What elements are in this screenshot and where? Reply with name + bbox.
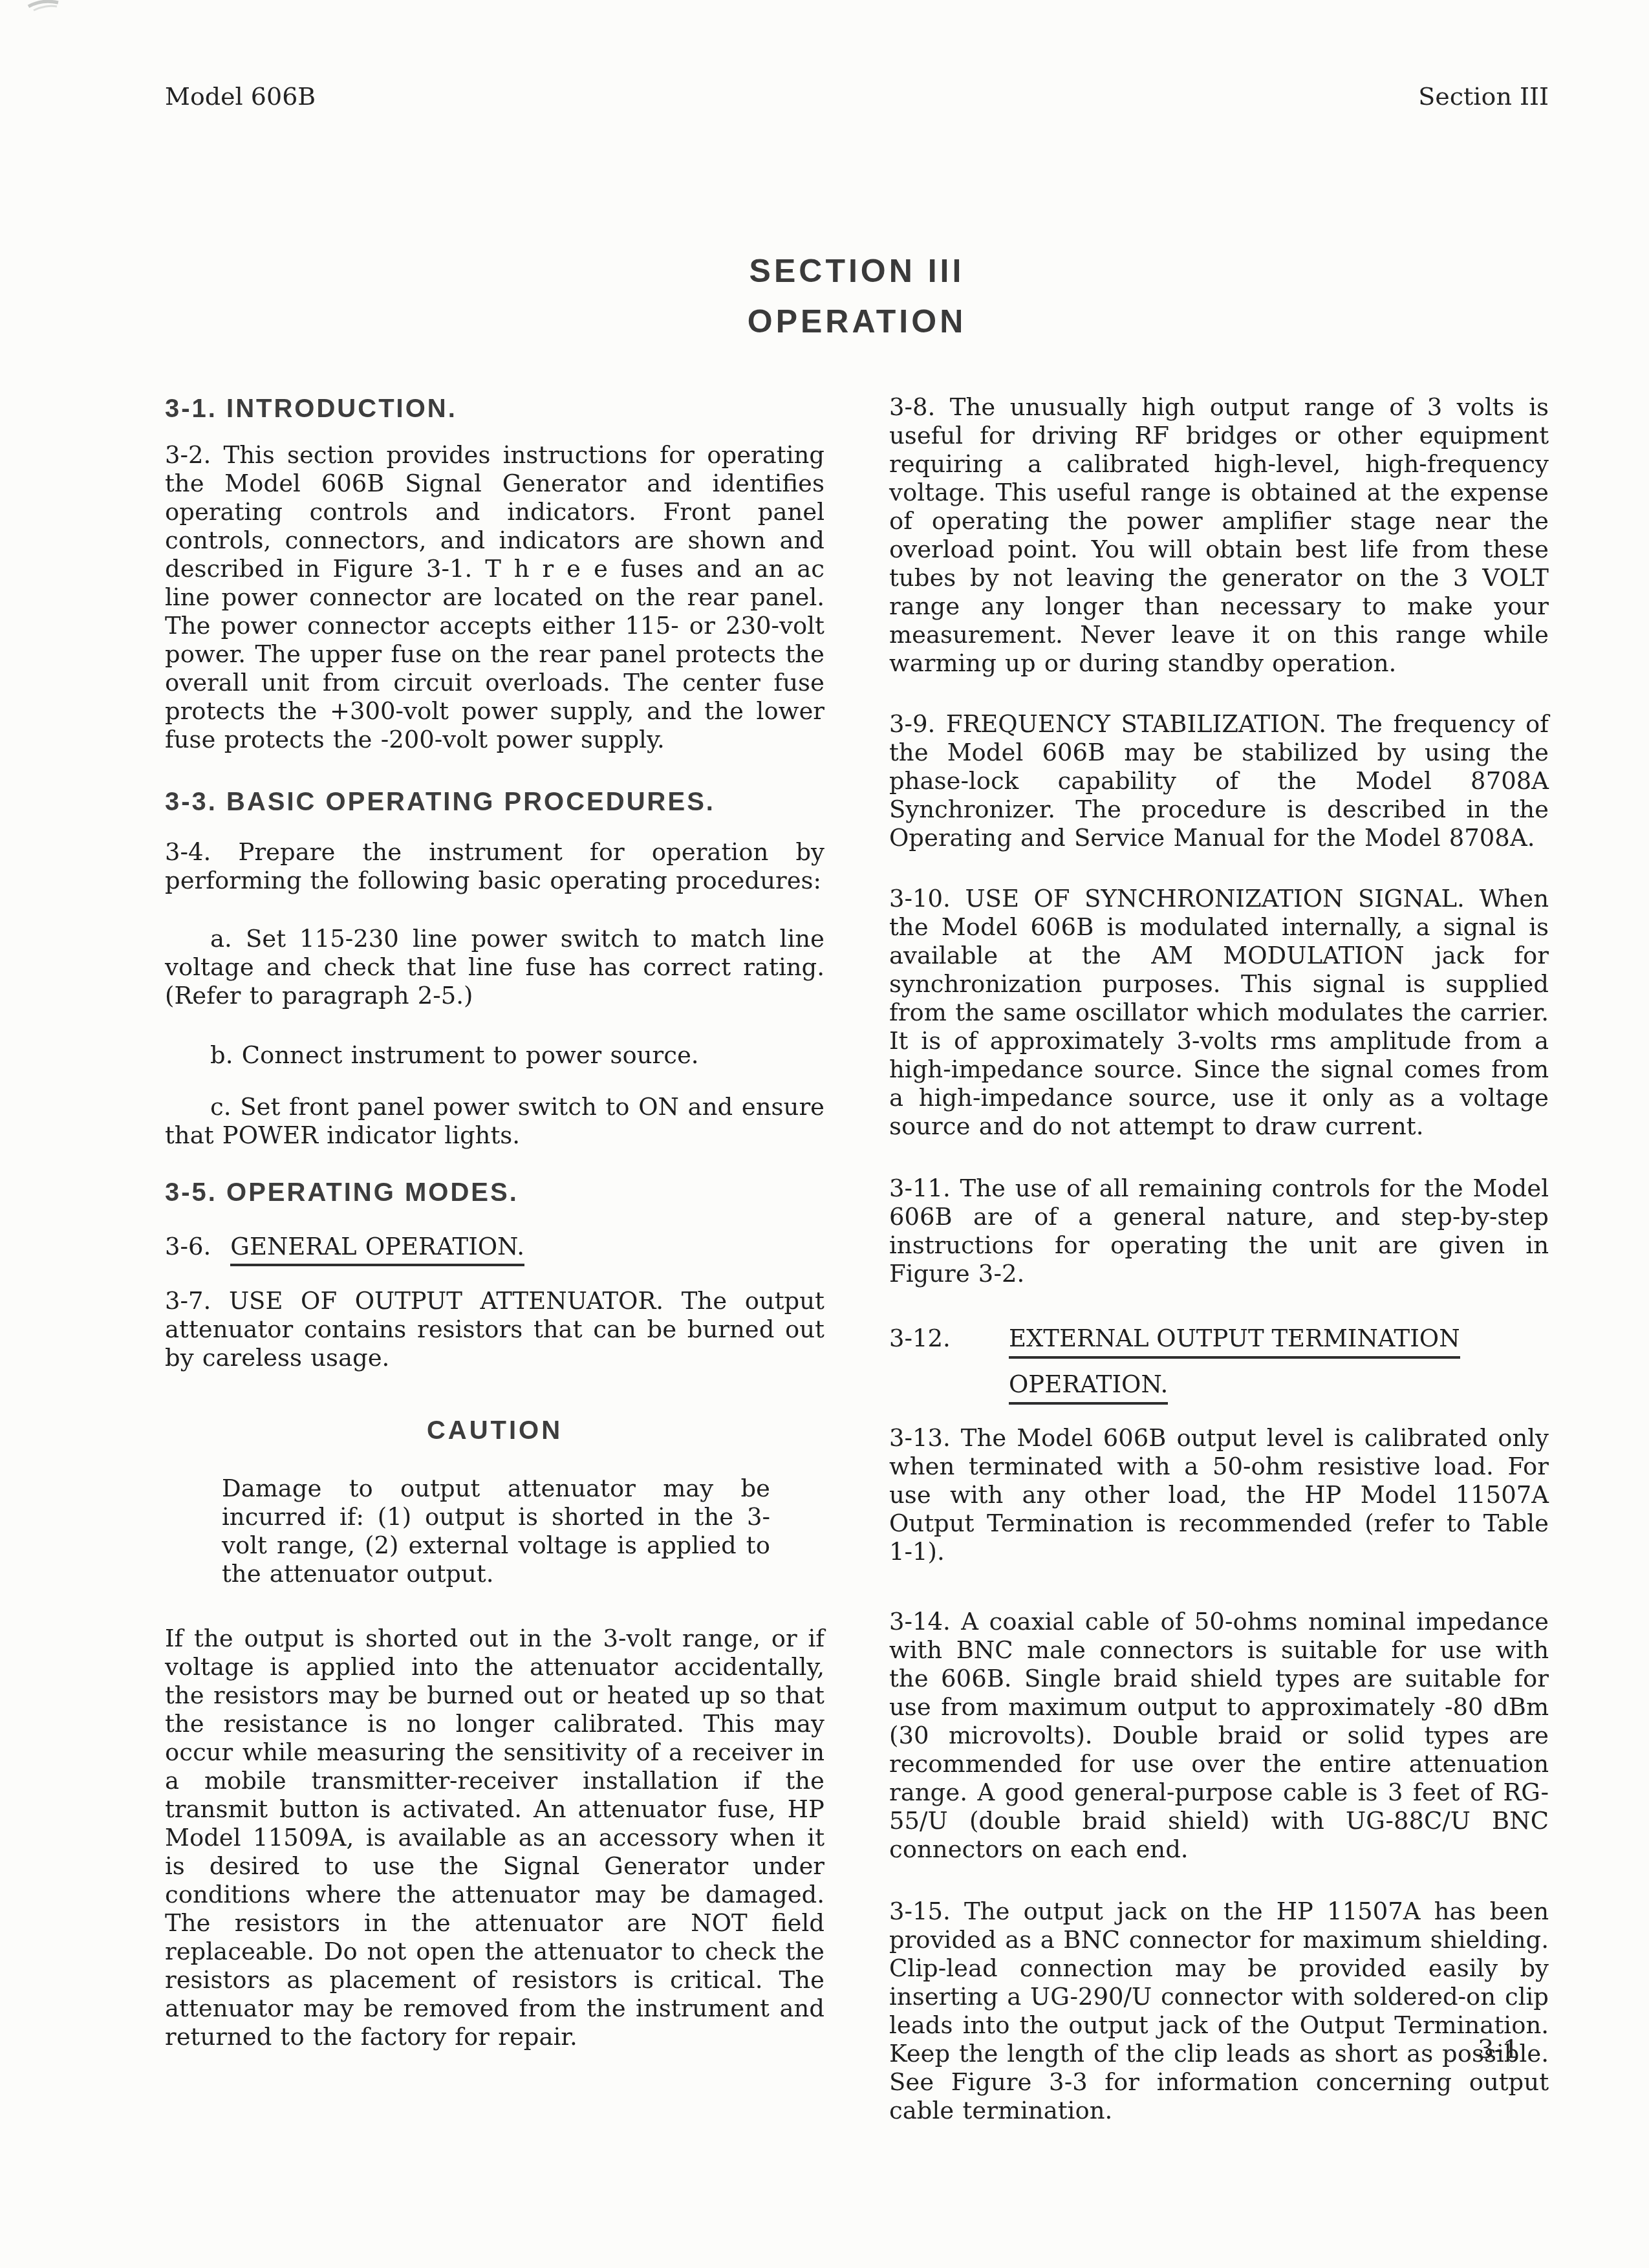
left-column: 3-1. INTRODUCTION. 3-2. This section pro… bbox=[165, 393, 824, 2051]
para-3-4-step-c: c. Set front panel power switch to ON an… bbox=[165, 1093, 824, 1150]
para-3-10: 3-10. USE OF SYNCHRONIZATION SIGNAL. Whe… bbox=[889, 885, 1549, 1141]
right-column: 3-8. The unusually high output range of … bbox=[889, 393, 1549, 2125]
page-number: 3-1 bbox=[1478, 2035, 1519, 2064]
para-3-12: 3-12. EXTERNAL OUTPUT TERMINATION OPERAT… bbox=[889, 1324, 1549, 1405]
para-3-15: 3-15. The output jack on the HP 11507A h… bbox=[889, 1897, 1549, 2125]
para-3-6: 3-6.GENERAL OPERATION. bbox=[165, 1233, 824, 1261]
section-title-line2: OPERATION bbox=[165, 296, 1549, 347]
para-3-12-heading: EXTERNAL OUTPUT TERMINATION OPERATION. bbox=[1009, 1324, 1460, 1405]
heading-operating-modes: 3-5. OPERATING MODES. bbox=[165, 1177, 824, 1208]
para-3-12-line2: OPERATION. bbox=[1009, 1370, 1168, 1405]
para-3-12-line1: EXTERNAL OUTPUT TERMINATION bbox=[1009, 1324, 1460, 1359]
para-3-11: 3-11. The use of all remaining controls … bbox=[889, 1174, 1549, 1288]
heading-basic-operating-procedures: 3-3. BASIC OPERATING PROCEDURES. bbox=[165, 786, 824, 817]
section-title-line1: SECTION III bbox=[165, 246, 1549, 296]
header-section-label: Section III bbox=[1418, 81, 1549, 111]
scan-artifact-mark bbox=[25, 0, 109, 26]
para-3-12-number: 3-12. bbox=[889, 1324, 1009, 1405]
caution-heading: CAUTION bbox=[165, 1415, 824, 1446]
para-3-13: 3-13. The Model 606B output level is cal… bbox=[889, 1424, 1549, 1566]
para-3-4-step-b: b. Connect instrument to power source. bbox=[165, 1041, 824, 1070]
para-attenuator-warning: If the output is shorted out in the 3-vo… bbox=[165, 1625, 824, 2051]
heading-introduction: 3-1. INTRODUCTION. bbox=[165, 393, 824, 424]
para-3-8: 3-8. The unusually high output range of … bbox=[889, 393, 1549, 678]
manual-page: Model 606B Section III SECTION III OPERA… bbox=[0, 0, 1649, 2268]
para-3-7: 3-7. USE OF OUTPUT ATTENUATOR. The outpu… bbox=[165, 1287, 824, 1372]
para-3-9: 3-9. FREQUENCY STABILIZATION. The freque… bbox=[889, 710, 1549, 852]
para-3-14: 3-14. A coaxial cable of 50-ohms nominal… bbox=[889, 1608, 1549, 1864]
caution-text: Damage to output attenuator may be incur… bbox=[222, 1474, 770, 1588]
para-3-4: 3-4. Prepare the instrument for operatio… bbox=[165, 838, 824, 895]
page-header: Model 606B Section III bbox=[165, 81, 1549, 111]
para-3-6-title: GENERAL OPERATION. bbox=[230, 1233, 524, 1266]
para-3-4-step-a: a. Set 115-230 line power switch to matc… bbox=[165, 925, 824, 1010]
header-model-number: Model 606B bbox=[165, 81, 316, 111]
para-3-6-number: 3-6. bbox=[165, 1233, 211, 1260]
section-title: SECTION III OPERATION bbox=[165, 246, 1549, 347]
para-3-2: 3-2. This section provides instructions … bbox=[165, 441, 824, 754]
